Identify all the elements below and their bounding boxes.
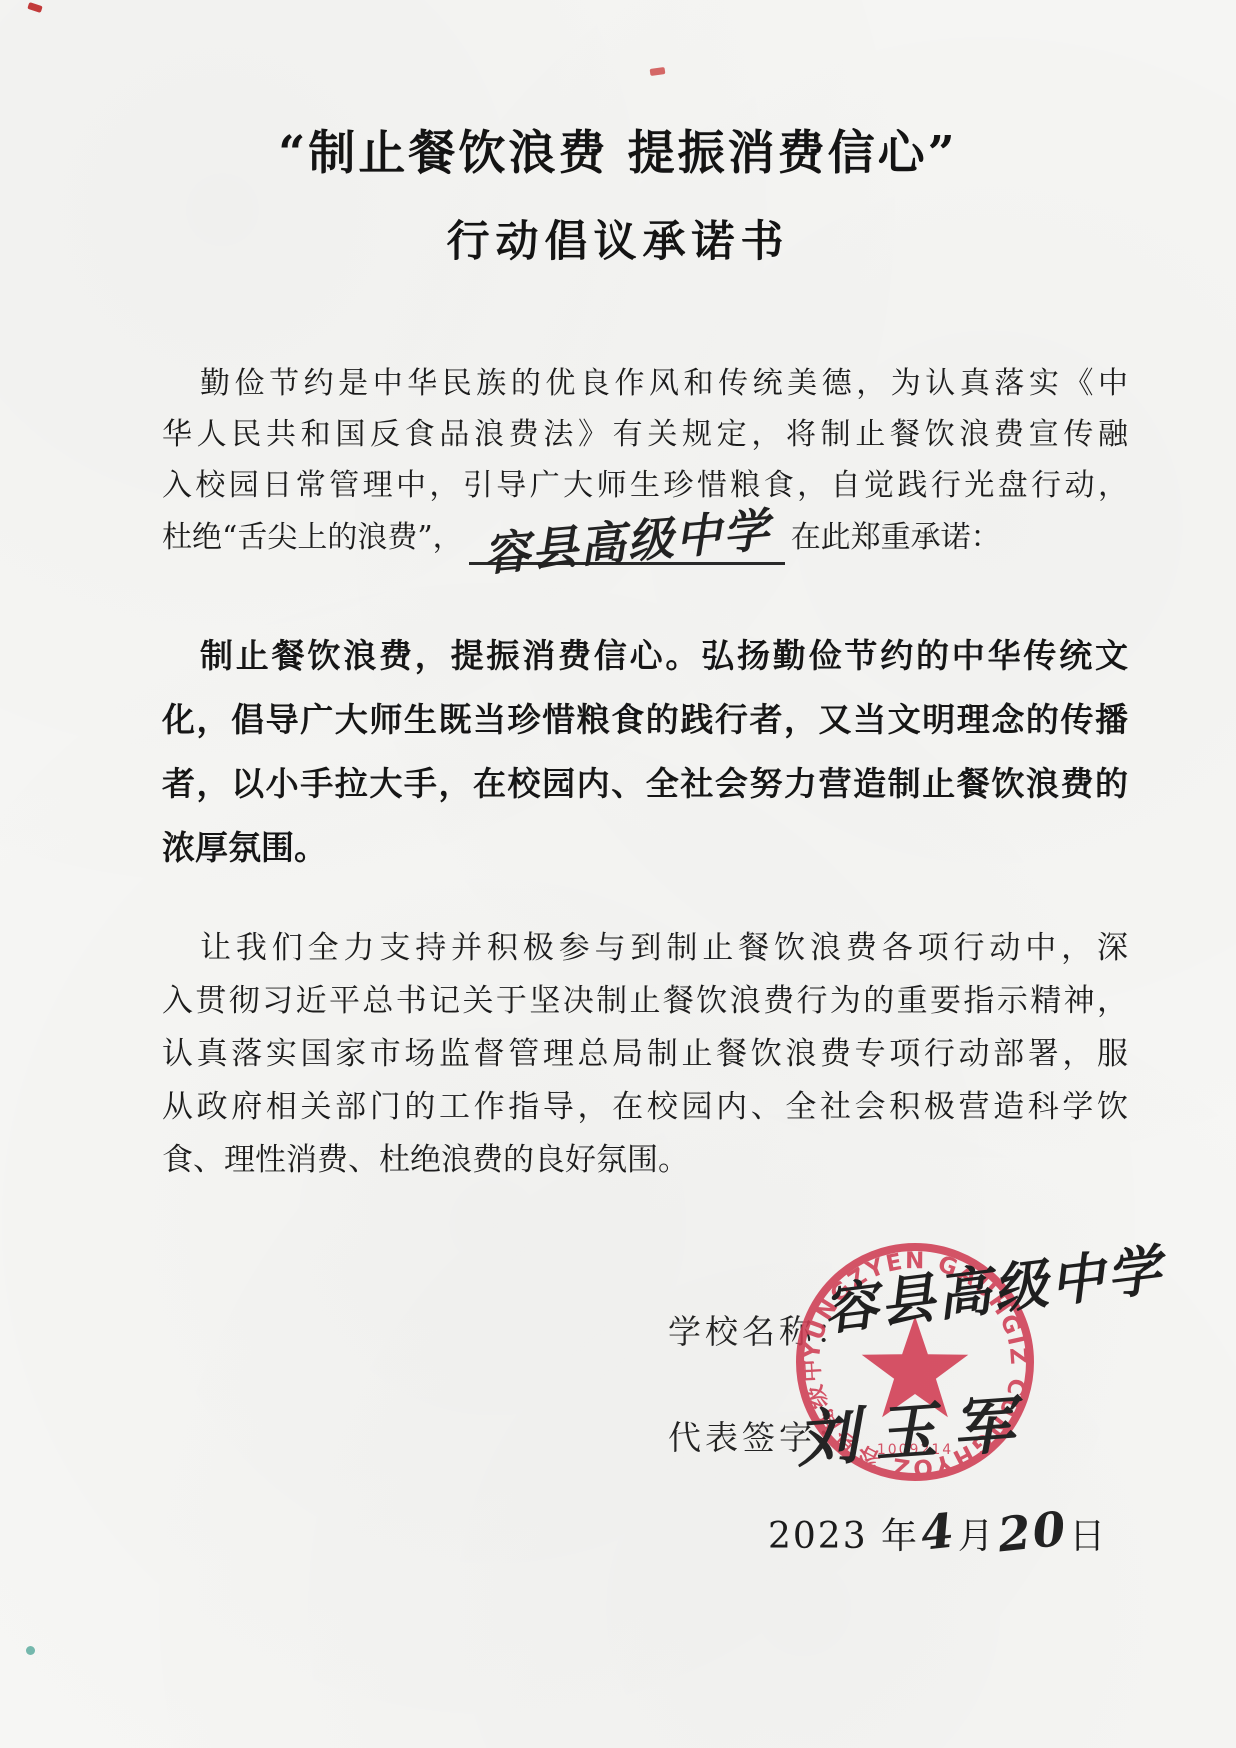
- paragraph-2-line: 者，以小手拉大手，在校园内、全社会努力营造制止餐饮浪费的: [162, 752, 1128, 816]
- paragraph-3-line: 入贯彻习近平总书记关于坚决制止餐饮浪费行为的重要指示精神，: [162, 975, 1128, 1028]
- document-title-line2: 行动倡议承诺书: [0, 208, 1236, 269]
- date-line: 2023 年 4 月 20 日: [768, 1505, 1107, 1560]
- date-month-printed: 月: [958, 1508, 996, 1559]
- handwritten-school-name-inline: 容县高级中学: [480, 494, 773, 585]
- paragraph-2-bold-pledge: 制止餐饮浪费，提振消费信心。弘扬勤俭节约的中华传统文 化，倡导广大师生既当珍惜粮…: [162, 624, 1128, 880]
- school-line-suffix: 在此郑重承诺：: [791, 511, 1001, 565]
- scan-artifact: [27, 2, 42, 13]
- handwritten-representative-signature: 刘玉军: [793, 1374, 1033, 1479]
- paragraph-3: 让我们全力支持并积极参与到制止餐饮浪费各项行动中，深 入贯彻习近平总书记关于坚决…: [162, 922, 1128, 1187]
- paragraph-1: 勤俭节约是中华民族的优良作风和传统美德，为认真落实《中 华人民共和国反食品浪费法…: [162, 358, 1128, 565]
- date-month-handwritten: 4: [918, 1503, 958, 1561]
- paragraph-3-line: 让我们全力支持并积极参与到制止餐饮浪费各项行动中，深: [162, 922, 1128, 975]
- paragraph-2-line: 制止餐饮浪费，提振消费信心。弘扬勤俭节约的中华传统文: [162, 624, 1128, 688]
- date-day-handwritten: 20: [995, 1502, 1070, 1564]
- paragraph-3-line: 认真落实国家市场监督管理总局制止餐饮浪费专项行动部署，服: [162, 1028, 1128, 1081]
- paragraph-2-line: 化，倡导广大师生既当珍惜粮食的践行者，又当文明理念的传播: [162, 688, 1128, 752]
- date-year-printed: 2023 年: [768, 1508, 919, 1559]
- paragraph-3-line: 食、理性消费、杜绝浪费的良好氛围。: [162, 1134, 1128, 1187]
- date-day-printed: 日: [1069, 1508, 1107, 1559]
- paragraph-1-line: 勤俭节约是中华民族的优良作风和传统美德，为认真落实《中: [162, 358, 1128, 409]
- school-name-blank-underline: 容县高级中学: [469, 508, 785, 565]
- paragraph-2-line: 浓厚氛围。: [162, 816, 1128, 880]
- paragraph-1-line: 华人民共和国反食品浪费法》有关规定，将制止餐饮浪费宣传融: [162, 409, 1128, 460]
- scanned-document-page: “制止餐饮浪费 提振消费信心” 行动倡议承诺书 勤俭节约是中华民族的优良作风和传…: [0, 0, 1236, 1748]
- paragraph-1-school-line: 杜绝“舌尖上的浪费”， 容县高级中学 在此郑重承诺：: [162, 511, 1128, 565]
- paragraph-3-line: 从政府相关部门的工作指导，在校园内、全社会积极营造科学饮: [162, 1081, 1128, 1134]
- school-line-prefix: 杜绝“舌尖上的浪费”，: [162, 511, 463, 565]
- scan-artifact: [26, 1646, 35, 1655]
- document-title-line1: “制止餐饮浪费 提振消费信心”: [0, 116, 1236, 183]
- scan-artifact: [650, 67, 666, 76]
